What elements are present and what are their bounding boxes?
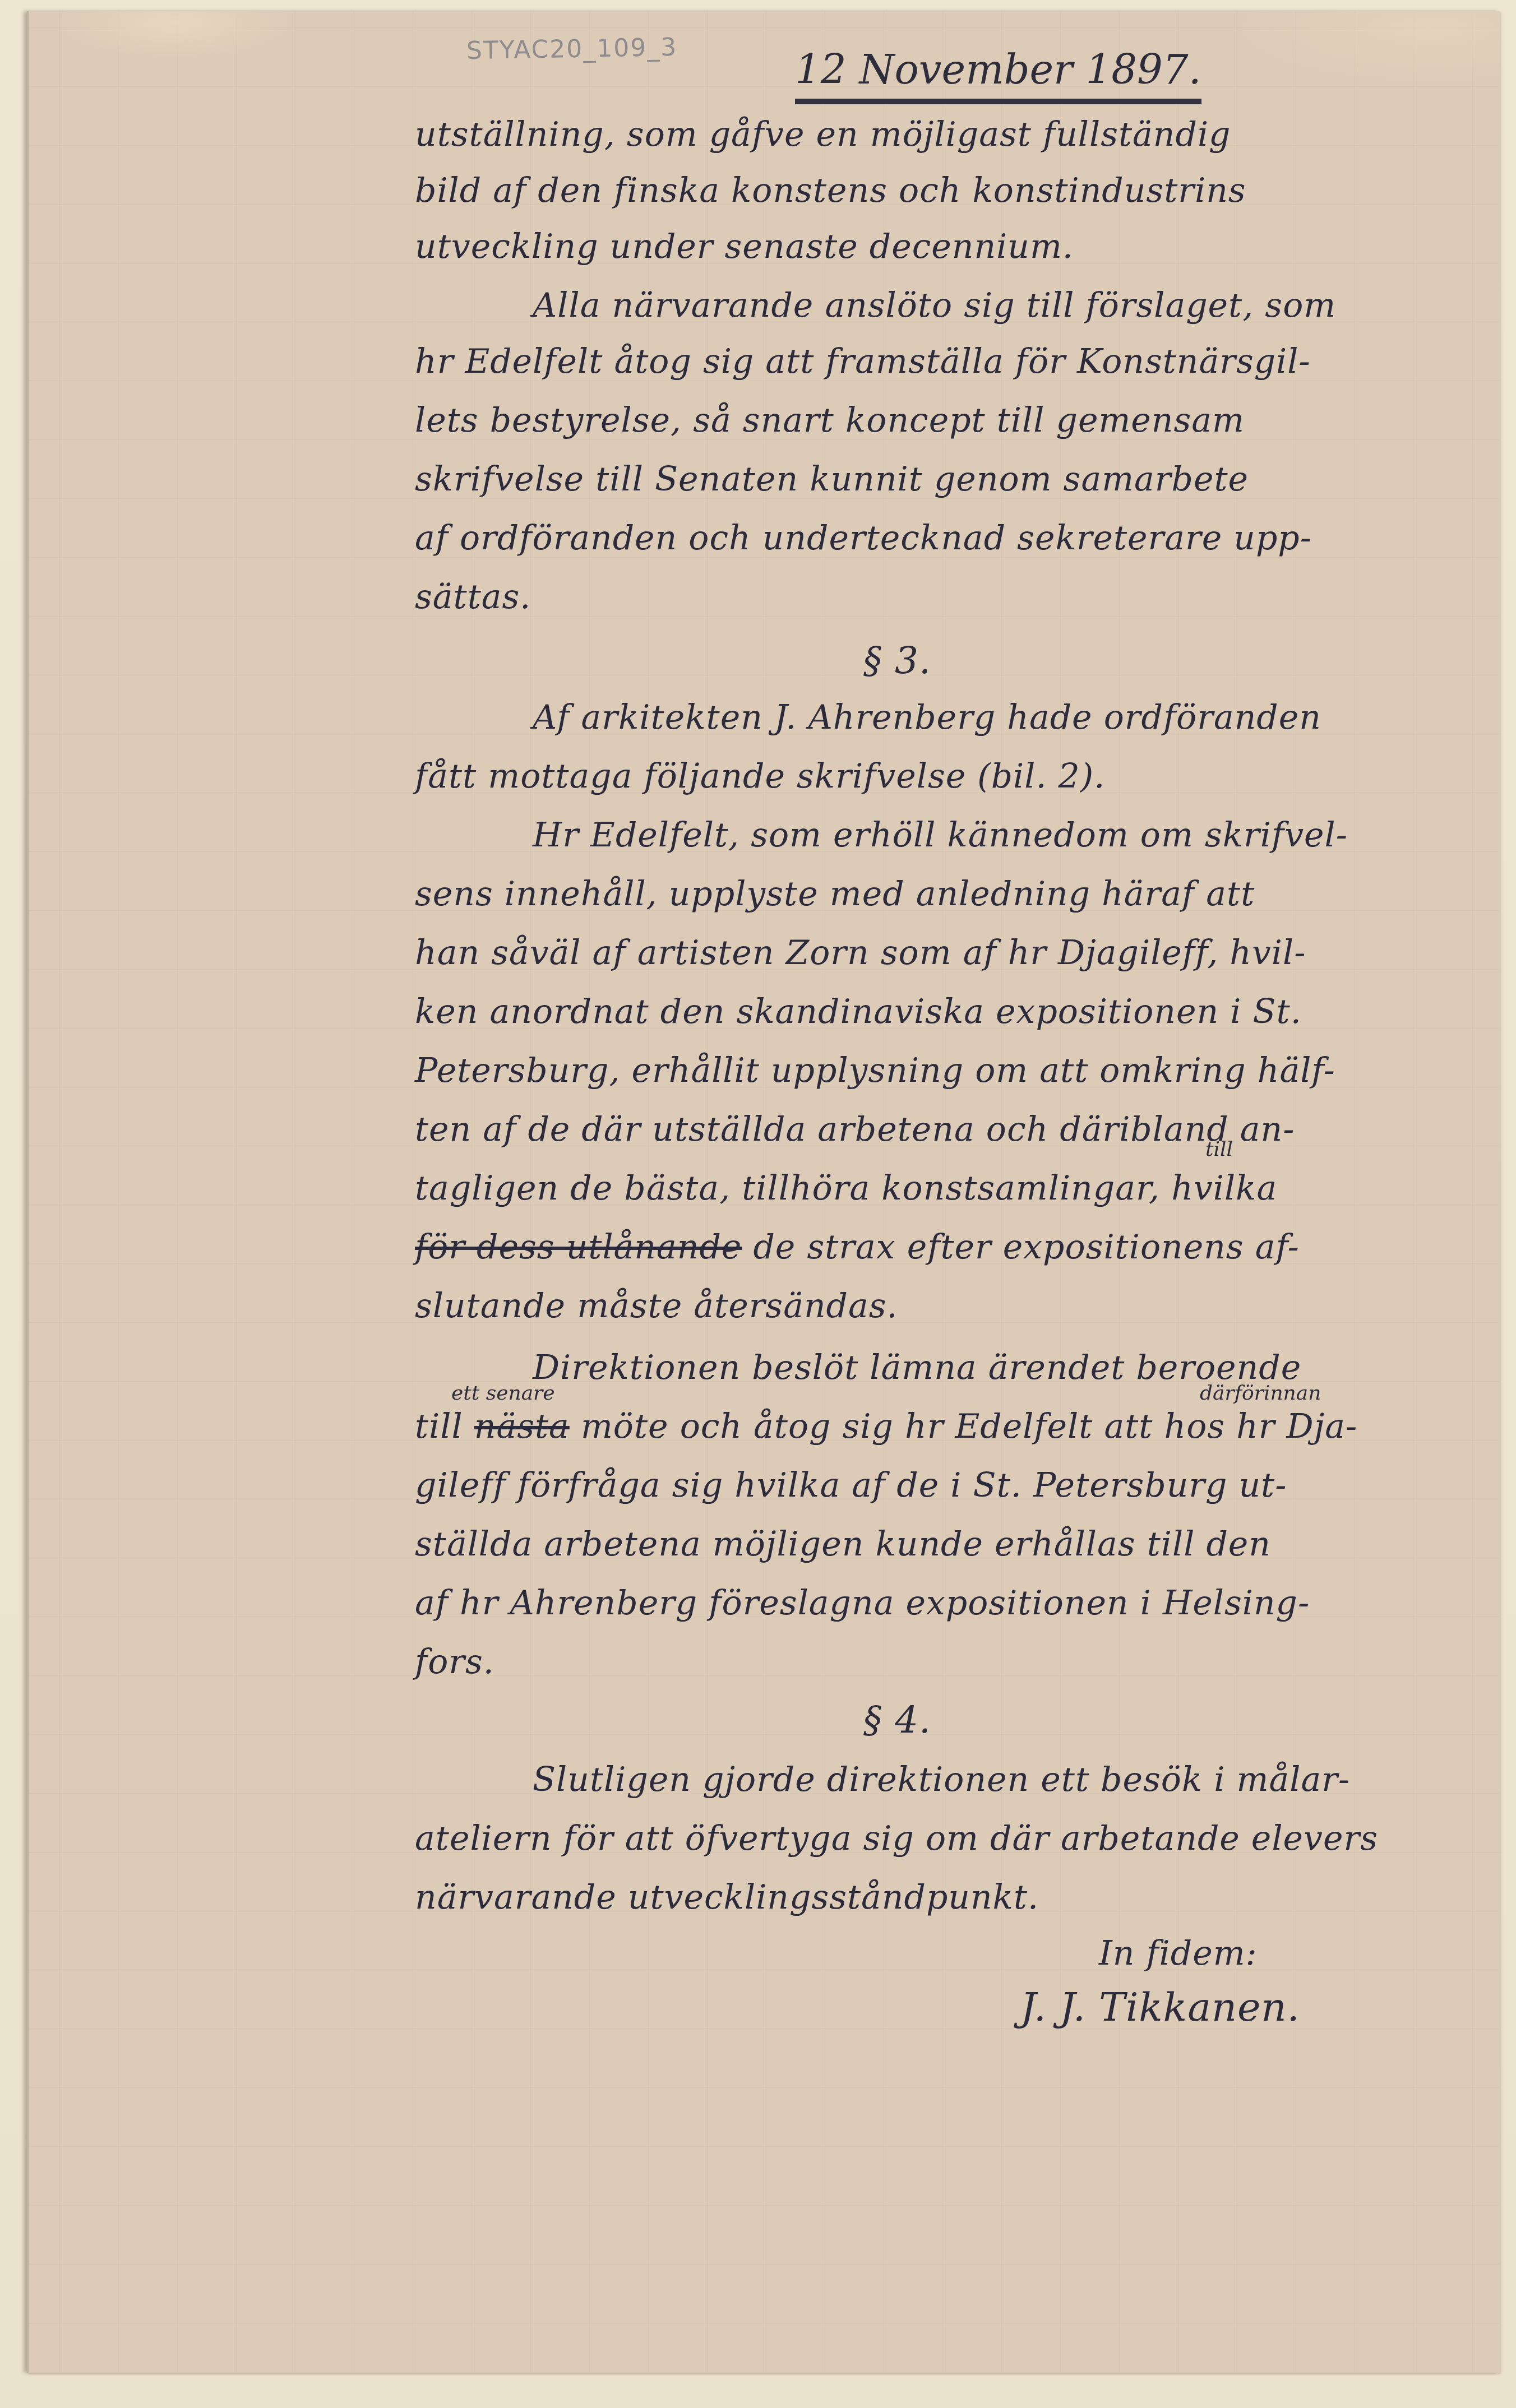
text-span: möte och åtog sig hr Edelfelt att	[581, 1407, 1153, 1446]
text-line: fors.	[415, 1642, 494, 1682]
text-line: ateliern för att öfvertyga sig om där ar…	[415, 1819, 1378, 1858]
struck-text: nästa	[474, 1407, 570, 1446]
page-date-heading: 12 November 1897.	[795, 46, 1201, 104]
text-line: gileff förfråga sig hvilka af de i St. P…	[415, 1466, 1287, 1505]
interlinear-insert: till	[1205, 1138, 1233, 1161]
text-line: ställda arbetena möjligen kunde erhållas…	[415, 1525, 1271, 1564]
text-line: fått mottaga följande skrifvelse (bil. 2…	[415, 757, 1105, 796]
signature: J. J. Tikkanen.	[1020, 1984, 1300, 2030]
text-line: af ordföranden och undertecknad sekreter…	[415, 518, 1312, 558]
text-span: tagligen de bästa, tillhöra konstsamling…	[415, 1169, 1160, 1208]
text-line: sättas.	[415, 577, 531, 617]
text-line: Af arkitekten J. Ahrenberg hade ordföran…	[533, 698, 1321, 737]
text-line: Hr Edelfelt, som erhöll kännedom om skri…	[533, 816, 1348, 855]
interlinear-insert: ett senare	[451, 1382, 555, 1405]
text-line: Slutligen gjorde direktionen ett besök i…	[533, 1760, 1350, 1799]
archive-id-pencil-mark: STYAC20_109_3	[466, 33, 678, 66]
section-heading-3: § 3.	[863, 639, 931, 682]
text-line: utställning, som gåfve en möjligast full…	[415, 115, 1231, 154]
text-line: skrifvelse till Senaten kunnit genom sam…	[415, 460, 1249, 499]
text-line: tagligen de bästa, tillhöra konstsamling…	[415, 1169, 1277, 1208]
section-heading-4: § 4.	[863, 1698, 931, 1742]
text-line: utveckling under senaste decennium.	[415, 227, 1074, 266]
text-line: han såväl af artisten Zorn som af hr Dja…	[415, 933, 1306, 973]
text-line: för dess utlånande de strax efter exposi…	[415, 1228, 1300, 1267]
text-span: hos hr Dja-	[1164, 1407, 1358, 1446]
text-line: slutande måste återsändas.	[415, 1286, 898, 1326]
struck-text: för dess utlånande	[415, 1228, 742, 1267]
text-line: till nästa möte och åtog sig hr Edelfelt…	[415, 1407, 1357, 1446]
text-line: hr Edelfelt åtog sig att framställa för …	[415, 342, 1311, 381]
text-line: Petersburg, erhållit upplysning om att o…	[415, 1051, 1335, 1090]
text-span: till	[415, 1407, 463, 1446]
text-line: Direktionen beslöt lämna ärendet beroend…	[533, 1348, 1301, 1387]
text-line: lets bestyrelse, så snart koncept till g…	[415, 401, 1245, 440]
text-line: bild af den finska konstens och konstind…	[415, 171, 1246, 210]
text-line: sens innehåll, upplyste med anledning hä…	[415, 874, 1255, 914]
interlinear-insert: därförinnan	[1200, 1382, 1321, 1405]
text-line: ten af de där utställda arbetena och där…	[415, 1110, 1295, 1149]
text-line: närvarande utvecklingsståndpunkt.	[415, 1878, 1039, 1917]
text-span: hvilka	[1171, 1169, 1277, 1208]
text-span: de strax efter expositionens af-	[753, 1228, 1299, 1267]
text-line: ken anordnat den skandinaviska expositio…	[415, 992, 1302, 1031]
text-line: af hr Ahrenberg föreslagna expositionen …	[415, 1583, 1310, 1623]
text-line: Alla närvarande anslöto sig till förslag…	[533, 286, 1336, 325]
closing-salutation: In fidem:	[1099, 1934, 1258, 1973]
